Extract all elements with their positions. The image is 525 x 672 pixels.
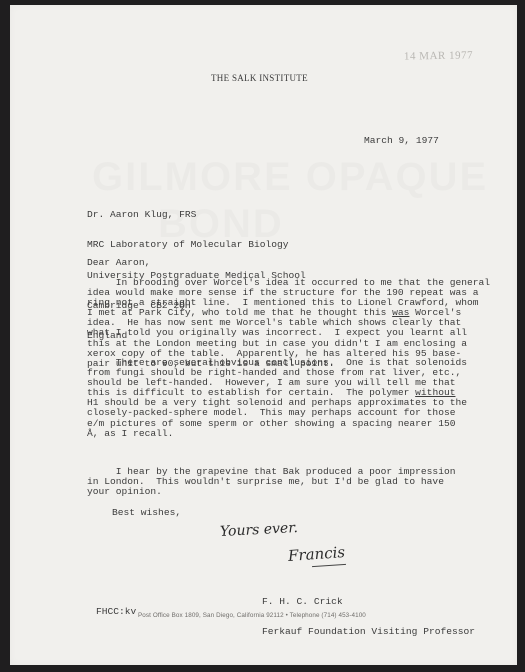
reference-initials: FHCC:kv (96, 607, 136, 617)
text-line: your opinion. (87, 487, 455, 497)
letterhead: THE SALK INSTITUTE (211, 73, 308, 83)
paragraph-2: There are several obvious conclusions. O… (87, 358, 467, 439)
closing: Best wishes, (112, 508, 181, 518)
letter-date: March 9, 1977 (364, 136, 439, 146)
received-date-stamp: 14 MAR 1977 (404, 49, 473, 62)
signer-title: Ferkauf Foundation Visiting Professor (262, 627, 475, 637)
salutation: Dear Aaron, (87, 258, 150, 268)
text-line: Å, as I recall. (87, 429, 467, 439)
address-line: Dr. Aaron Klug, FRS (87, 210, 306, 220)
signer-name: F. H. C. Crick (262, 597, 475, 607)
letterhead-footer: Post Office Box 1809, San Diego, Califor… (138, 612, 366, 619)
paragraph-1: In brooding over Worcel's idea it occurr… (87, 278, 490, 369)
address-line: MRC Laboratory of Molecular Biology (87, 240, 306, 250)
paragraph-3: I hear by the grapevine that Bak produce… (87, 467, 455, 497)
